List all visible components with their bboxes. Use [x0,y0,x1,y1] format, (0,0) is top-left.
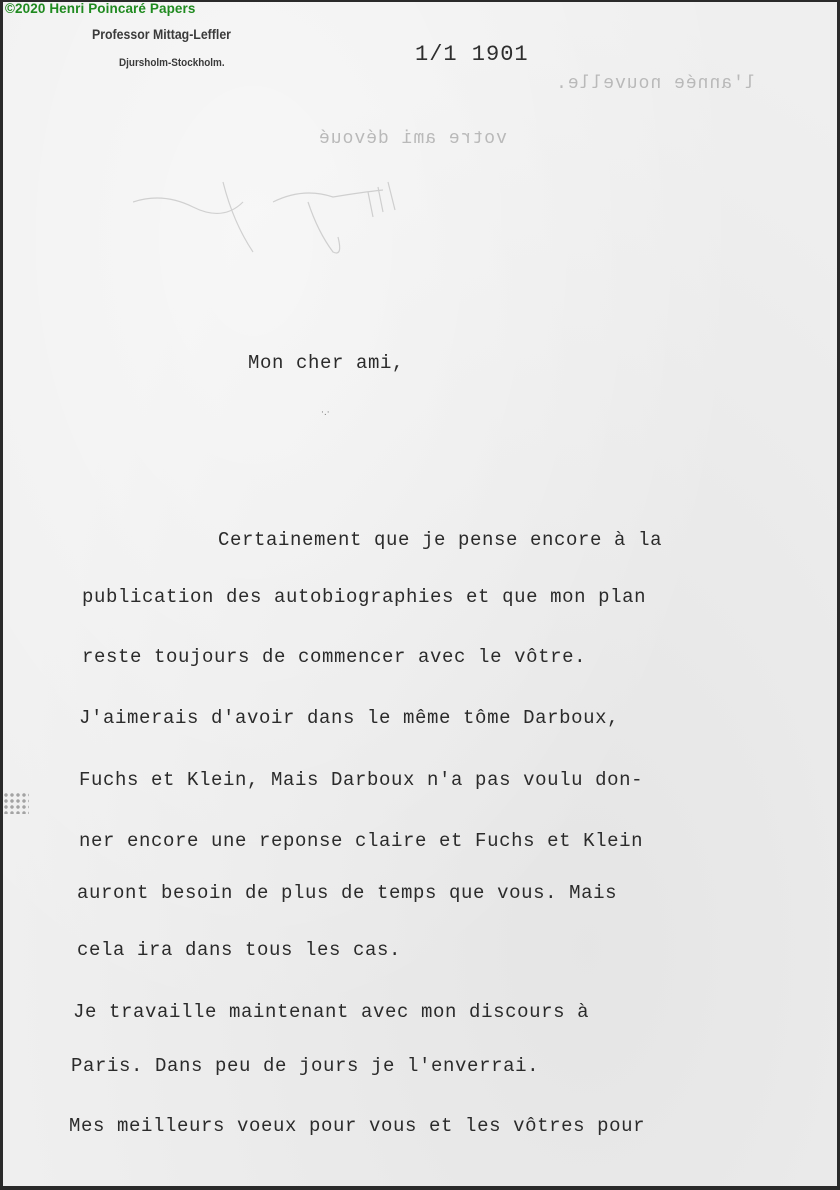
body-line: reste toujours de commencer avec le vôtr… [82,646,586,668]
body-line: Mes meilleurs voeux pour vous et les vôt… [69,1115,645,1137]
paper-smudge [3,792,29,814]
body-line: Certainement que je pense encore à la [218,529,662,551]
body-line: auront besoin de plus de temps que vous.… [77,882,617,904]
letter-date: 1/1 1901 [415,42,529,67]
signature-bleed-through [133,162,433,262]
scanned-letter-page: ©2020 Henri Poincaré Papers Professor Mi… [3,2,837,1186]
body-line: ner encore une reponse claire et Fuchs e… [79,830,643,852]
body-line: cela ira dans tous les cas. [77,939,401,961]
body-line: J'aimerais d'avoir dans le même tôme Dar… [79,707,619,729]
copyright-watermark: ©2020 Henri Poincaré Papers [5,2,196,16]
bleed-through-text: votre ami dévoué [318,129,507,149]
body-line: Fuchs et Klein, Mais Darboux n'a pas vou… [79,769,643,791]
salutation: Mon cher ami, [248,352,404,374]
body-line: Paris. Dans peu de jours je l'enverrai. [71,1055,539,1077]
bleed-through-text: l'année nouvelle. [555,74,756,94]
paper-speck: ·.· [321,408,330,418]
body-line: publication des autobiographies et que m… [82,586,646,608]
body-line: Je travaille maintenant avec mon discour… [73,1001,589,1023]
letterhead-name: Professor Mittag-Leffler [92,26,231,42]
letterhead-place: Djursholm-Stockholm. [119,57,225,69]
